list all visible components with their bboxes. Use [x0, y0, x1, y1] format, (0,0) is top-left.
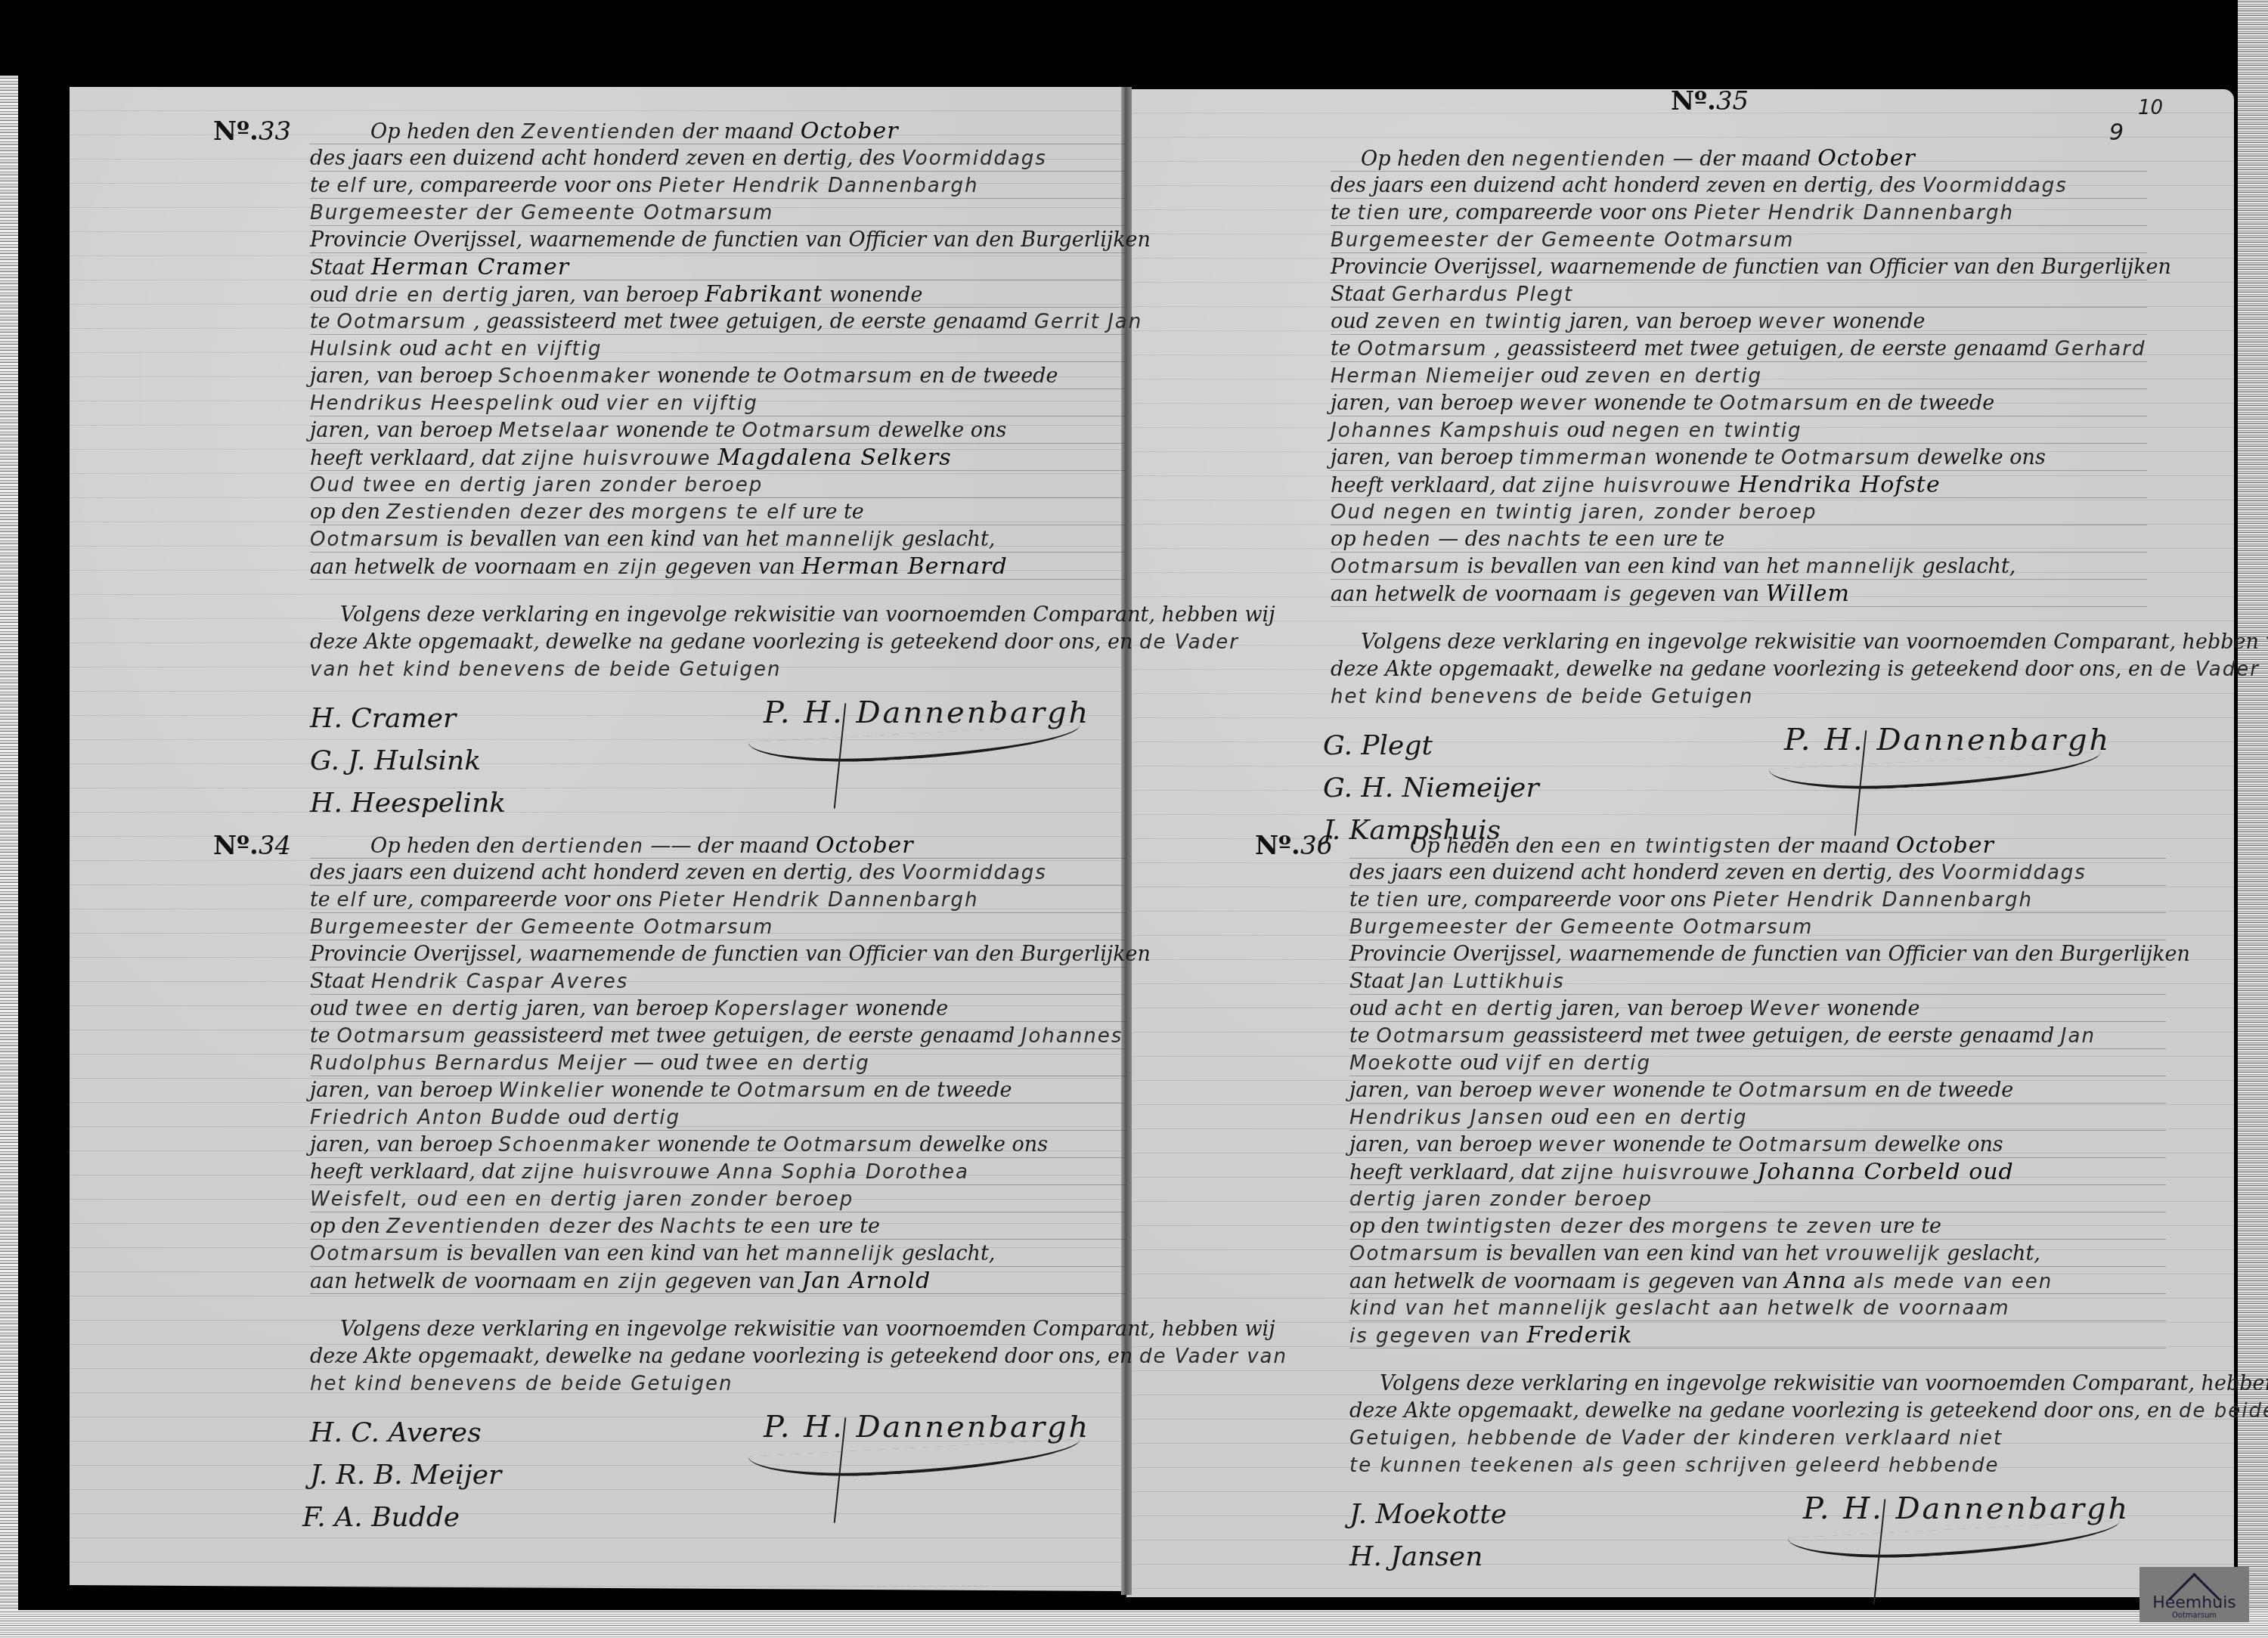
handwritten-entry: twintigsten dezer [1426, 1215, 1622, 1238]
printed-form-text [1751, 1161, 1758, 1184]
printed-form-text: te [1331, 201, 1357, 224]
closing-statement: deze Akte opgemaakt, dewelke na gedane v… [310, 630, 1239, 655]
handwritten-entry: tien [1357, 202, 1401, 224]
register-line: Op heden den negentienden — der maand Oc… [1361, 147, 1916, 172]
handwritten-entry: Schoenmaker [499, 365, 651, 388]
register-line: jaren, van beroep Schoenmaker wonende te… [310, 1133, 1048, 1157]
witness-signature: J. Moekotte [1349, 1499, 1507, 1530]
handwritten-name: Anna [1785, 1268, 1847, 1294]
handwritten-entry: Ootmarsum [310, 528, 440, 551]
printed-form-text: jaren, van beroep [310, 1079, 499, 1102]
register-line: te tien ure, compareerde voor ons Pieter… [1349, 888, 2033, 912]
handwritten-entry: Hendrik Caspar Averes [371, 971, 628, 993]
register-line: Oud negen en twintig jaren, zonder beroe… [1331, 500, 1817, 525]
register-line: op heden — des nachts te een ure te [1331, 528, 1724, 552]
witness-signature: F. A. Budde [302, 1502, 460, 1533]
register-line: Op heden den dertienden —— der maand Oct… [370, 834, 914, 859]
register-line: Provincie Overijssel, waarnemende de fun… [310, 943, 1151, 967]
printed-form-text: wonende te [604, 1079, 737, 1102]
handwritten-entry: zijne huisvrouwe [522, 1161, 711, 1184]
printed-form-text: te [737, 1215, 770, 1238]
handwritten-entry: een [1615, 528, 1656, 551]
handwritten-entry: Moekotte [1349, 1052, 1454, 1075]
handwritten-entry: dertienden [522, 835, 644, 858]
printed-form-text: oud [1534, 364, 1585, 388]
ruled-line [310, 1184, 1126, 1185]
printed-form-text: oud [393, 337, 445, 361]
ruled-line [1331, 361, 2147, 362]
printed-form-text: te [310, 1024, 336, 1048]
register-line: heeft verklaard, dat zijne huisvrouwe An… [310, 1160, 969, 1184]
handwritten-entry: zeven en twintig [1376, 311, 1563, 333]
handwritten-entry: de Vader van [2160, 658, 2268, 681]
register-line: des jaars een duizend acht honderd zeven… [310, 147, 1047, 171]
register-line: jaren, van beroep wever wonende te Ootma… [1349, 1079, 2013, 1103]
handwritten-entry: Ootmarsum [310, 1243, 440, 1265]
ruled-line [1349, 1321, 2166, 1321]
printed-form-text: ure te [1873, 1215, 1941, 1238]
handwritten-entry: Jan Luttikhuis [1411, 971, 1565, 993]
printed-form-text: — oud [627, 1051, 705, 1075]
register-line: Burgemeester der Gemeente Ootmarsum [1349, 915, 1813, 940]
printed-form-text: Op heden den [370, 834, 522, 858]
printed-form-text: Volgens deze verklaring en ingevolge rek… [1380, 1372, 2268, 1395]
register-line: Burgemeester der Gemeente Ootmarsum [1331, 228, 1794, 252]
handwritten-entry: Voormiddags [1923, 175, 2068, 197]
heemhuis-watermark: Heemhuis Ootmarsum [2139, 1567, 2249, 1622]
ruled-line [1349, 940, 2166, 940]
ruled-line [1349, 1184, 2166, 1185]
register-line: jaren, van beroep Schoenmaker wonende te… [310, 364, 1058, 389]
official-signature: P. H. Dannenbargh [764, 695, 1090, 730]
closing-statement: het kind benevens de beide Getuigen [310, 1372, 733, 1396]
watermark-brand: Heemhuis [2152, 1595, 2236, 1612]
register-line: oud acht en dertig jaren, van beroep Wev… [1349, 997, 1919, 1021]
ruled-line [310, 252, 1126, 253]
printed-form-text: ure, compareerde voor ons [1420, 888, 1712, 912]
printed-form-text: oud [310, 283, 355, 307]
handwritten-entry: morgens te elf [631, 501, 796, 524]
register-line: op den Zeventienden dezer des Nachts te … [310, 1215, 880, 1239]
handwritten-entry: is gegeven van [1349, 1325, 1520, 1348]
handwritten-entry: wever [1758, 311, 1825, 333]
handwritten-entry: Oud negen en twintig jaren, zonder beroe… [1331, 501, 1817, 524]
handwritten-entry: Ootmarsum [336, 311, 466, 333]
handwritten-entry: vijf en dertig [1505, 1052, 1651, 1075]
printed-form-text: aan hetwelk de voornaam [1331, 583, 1603, 606]
register-line: te Ootmarsum , geassisteerd met twee get… [310, 310, 1142, 334]
closing-statement: Volgens deze verklaring en ingevolge rek… [340, 1318, 1275, 1342]
printed-form-text: der maand [676, 120, 800, 144]
printed-form-text: geassisteerd met twee getuigen, de eerst… [466, 1024, 1021, 1048]
register-line: aan hetwelk de voornaam en zijn gegeven … [310, 555, 1008, 580]
printed-form-text: dewelke ons [1911, 446, 2046, 469]
register-line: Staat Gerhardus Plegt [1331, 283, 1573, 307]
printed-form-text: deze Akte opgemaakt, dewelke na gedane v… [1349, 1399, 2179, 1423]
printed-form-text: Op heden den [1410, 834, 1561, 858]
handwritten-entry: wever [1520, 392, 1587, 415]
handwritten-entry: is [1622, 1271, 1641, 1293]
register-line: Staat Hendrik Caspar Averes [310, 970, 628, 994]
register-line: Staat Jan Luttikhuis [1349, 970, 1565, 994]
ruled-line [1349, 1212, 2166, 1212]
handwritten-entry: Ootmarsum [1349, 1243, 1479, 1265]
entry-number: Nº.33 [213, 116, 291, 147]
scan-edge-left [0, 76, 18, 1638]
handwritten-entry: Voormiddags [902, 147, 1047, 170]
ruled-line [1349, 1130, 2166, 1131]
handwritten-entry: acht en vijftig [445, 338, 603, 361]
printed-form-text: geslacht, [1940, 1242, 2040, 1265]
handwritten-entry: Pieter Hendrik Dannenbargh [658, 889, 978, 912]
ruled-line [310, 967, 1126, 968]
ruled-line [1331, 579, 2147, 580]
handwritten-entry: Ootmarsum [1739, 1079, 1869, 1102]
printed-form-text: te [1582, 528, 1615, 551]
register-line: Ootmarsum is bevallen van een kind van h… [1349, 1242, 2040, 1266]
ruled-line [1349, 967, 2166, 968]
ruled-line [1331, 252, 2147, 253]
register-line: Burgemeester der Gemeente Ootmarsum [310, 201, 773, 225]
handwritten-entry: Hendrikus Jansen [1349, 1107, 1545, 1129]
ruled-line [310, 552, 1126, 553]
handwritten-entry: Wever [1749, 998, 1820, 1020]
handwritten-entry: Koperslager [714, 998, 848, 1020]
handwritten-entry: van het kind benevens de beide Getuigen [310, 658, 781, 681]
handwritten-entry: en zijn [583, 1271, 658, 1293]
printed-form-text: ure, compareerde voor ons [366, 174, 658, 197]
printed-form-text: deze Akte opgemaakt, dewelke na gedane v… [310, 1345, 1139, 1368]
printed-form-text: Provincie Overijssel, waarnemende de fun… [1331, 255, 2171, 279]
printed-form-text: aan hetwelk de voornaam [310, 1270, 583, 1293]
handwritten-entry: Ootmarsum [1720, 392, 1850, 415]
folio-number: 10 [2138, 97, 2163, 119]
ruled-line [310, 940, 1126, 940]
handwritten-entry: nachts [1507, 528, 1582, 551]
handwritten-name: Herman Bernard [801, 553, 1007, 580]
printed-form-text: jaren, van beroep [519, 997, 714, 1020]
printed-form-text: des jaars een duizend acht honderd zeven… [310, 861, 902, 884]
printed-form-text: des [612, 1215, 660, 1238]
handwritten-entry: Johannes Kampshuis [1331, 420, 1560, 442]
handwritten-entry: Ootmarsum [336, 1025, 466, 1048]
register-line: jaren, van beroep Metselaar wonende te O… [310, 419, 1006, 443]
printed-form-text: op den [310, 1215, 386, 1238]
printed-form-text: aan hetwelk de voornaam [310, 556, 583, 579]
handwritten-entry: Hulsink [310, 338, 393, 361]
printed-form-text: te [1349, 888, 1376, 912]
witness-signature: H. Jansen [1349, 1541, 1483, 1572]
ruled-line [310, 1212, 1126, 1212]
printed-form-text: is bevallen van een kind van het [1461, 555, 1806, 578]
handwritten-entry: Gerhard [2055, 338, 2146, 361]
handwritten-entry: de Vader van [1139, 1345, 1287, 1368]
handwritten-entry: Voormiddags [902, 862, 1047, 884]
handwritten-entry: een [770, 1215, 811, 1238]
ruled-line [1331, 307, 2147, 308]
handwritten-name: Fabrikant [705, 281, 823, 308]
printed-form-text: wonende te [650, 1133, 783, 1157]
printed-form-text: , geassisteerd met twee getuigen, de eer… [1487, 337, 2055, 361]
ruled-line [310, 416, 1126, 416]
printed-form-text: oud [1454, 1051, 1505, 1075]
ruled-line [1331, 470, 2147, 471]
handwritten-entry: te kunnen teekenen als geen schrijven ge… [1349, 1454, 2000, 1477]
printed-form-text: en de tweede [1850, 392, 1995, 415]
printed-form-text: jaren, van beroep [310, 364, 499, 388]
printed-form-text: Staat [1331, 283, 1392, 306]
ruled-line [310, 1266, 1126, 1267]
ruled-line [310, 225, 1126, 226]
handwritten-entry: Pieter Hendrik Dannenbargh [1713, 889, 2033, 912]
printed-form-text: jaren, van beroep [1331, 392, 1520, 415]
handwritten-entry: Nachts [660, 1215, 737, 1238]
printed-form-text: ure, compareerde voor ons [1401, 201, 1693, 224]
register-line: Ootmarsum is bevallen van een kind van h… [1331, 555, 2015, 579]
handwritten-entry: Johannes [1021, 1025, 1123, 1048]
handwritten-entry: Burgemeester der Gemeente Ootmarsum [310, 916, 773, 939]
ruled-line [1349, 1103, 2166, 1104]
handwritten-entry: Ootmarsum [783, 1134, 913, 1157]
printed-form-text: — der maand [1666, 147, 1817, 171]
handwritten-entry: elf [336, 175, 365, 197]
handwritten-entry: heden [1362, 528, 1431, 551]
handwritten-entry: kind van het mannelijk geslacht aan hetw… [1349, 1297, 2010, 1320]
handwritten-entry: wever [1538, 1079, 1606, 1102]
register-line: oud zeven en twintig jaren, van beroep w… [1331, 310, 1926, 334]
handwritten-entry: Zestienden dezer [386, 501, 582, 524]
handwritten-entry: een en twintigsten [1561, 835, 1772, 858]
ruled-line [310, 858, 1126, 859]
printed-form-text: heeft verklaard, dat [310, 1160, 522, 1184]
ruled-line [310, 171, 1126, 172]
printed-form-text: wonende [823, 283, 922, 307]
handwritten-entry: Voormiddags [1941, 862, 2087, 884]
printed-form-text: Staat [310, 970, 371, 993]
handwritten-entry: mannelijk [785, 1243, 895, 1265]
register-line: des jaars een duizend acht honderd zeven… [1331, 174, 2068, 198]
closing-statement: te kunnen teekenen als geen schrijven ge… [1349, 1454, 2000, 1478]
handwritten-entry: Schoenmaker [499, 1134, 651, 1157]
register-line: Op heden den Zeventienden der maand Octo… [370, 119, 899, 144]
ruled-line [1331, 334, 2147, 335]
handwritten-entry: Ootmarsum [1357, 338, 1487, 361]
handwritten-entry: Metselaar [499, 420, 609, 442]
printed-form-text: op [1331, 528, 1362, 551]
handwritten-entry: Ootmarsum [1781, 447, 1911, 469]
printed-form-text [711, 1160, 718, 1184]
printed-form-text: des jaars een duizend acht honderd zeven… [1331, 174, 1923, 197]
ruled-line [310, 497, 1126, 498]
ruled-line [310, 307, 1126, 308]
handwritten-entry: Oud twee en dertig jaren zonder beroep [310, 474, 763, 497]
register-line: is gegeven van Frederik [1349, 1324, 1633, 1348]
printed-form-text: oud [1349, 997, 1395, 1020]
register-line: oud drie en dertig jaren, van beroep Fab… [310, 283, 922, 308]
printed-form-text: wonende te [1606, 1079, 1739, 1102]
handwritten-entry: elf [336, 889, 365, 912]
handwritten-entry: de Vader [1139, 631, 1239, 654]
register-line: Provincie Overijssel, waarnemende de fun… [310, 228, 1151, 252]
ruled-line [310, 912, 1126, 913]
register-line: Johannes Kampshuis oud negen en twintig [1331, 419, 1802, 443]
handwritten-name: Willem [1766, 581, 1850, 607]
handwritten-entry: Anna Sophia Dorothea [717, 1161, 969, 1184]
printed-form-text: en de tweede [913, 364, 1058, 388]
ruled-line [310, 280, 1126, 280]
printed-form-text: des [1623, 1215, 1672, 1238]
printed-form-text: geslacht, [895, 1242, 995, 1265]
handwritten-name: Jan Arnold [801, 1268, 931, 1294]
printed-form-text: is bevallen van een kind van het [440, 1242, 785, 1265]
printed-form-text: jaren, van beroep [310, 419, 499, 442]
printed-form-text: ure te [812, 1215, 880, 1238]
scan-edge-bottom [0, 1610, 2268, 1638]
handwritten-entry: twee en dertig [705, 1052, 870, 1075]
printed-form-text: te [310, 888, 336, 912]
handwritten-entry: Jan [2061, 1025, 2096, 1048]
handwritten-entry: Ootmarsum [1376, 1025, 1506, 1048]
register-line: Hendrikus Jansen oud een en dertig [1349, 1106, 1748, 1130]
printed-form-text: oud [1331, 310, 1376, 333]
handwritten-entry: Friedrich Anton Budde [310, 1107, 562, 1129]
printed-form-text: Volgens deze verklaring en ingevolge rek… [340, 1318, 1275, 1341]
closing-statement: Getuigen, hebbende de Vader der kinderen… [1349, 1426, 2003, 1451]
printed-form-text: des [583, 500, 631, 524]
ruled-line [1331, 606, 2147, 607]
printed-form-text: geslacht, [1916, 555, 2015, 578]
printed-form-text: , geassisteerd met twee getuigen, de eer… [466, 310, 1034, 333]
register-line: jaren, van beroep timmerman wonende te O… [1331, 446, 2046, 470]
handwritten-entry: timmerman [1520, 447, 1649, 469]
printed-form-text: oud [310, 997, 355, 1020]
official-signature: P. H. Dannenbargh [764, 1410, 1090, 1444]
printed-form-text: wonende [1820, 997, 1919, 1020]
register-line: kind van het mannelijk geslacht aan hetw… [1349, 1296, 2010, 1321]
register-line: aan hetwelk de voornaam en zijn gegeven … [310, 1269, 931, 1294]
register-line: aan hetwelk de voornaam is gegeven van A… [1349, 1269, 2053, 1294]
register-line: Provincie Overijssel, waarnemende de fun… [1349, 943, 2190, 967]
register-line: te tien ure, compareerde voor ons Pieter… [1331, 201, 2014, 225]
handwritten-name: Hendrika Hofste [1738, 472, 1941, 498]
printed-form-text: — des [1432, 528, 1507, 551]
printed-form-text: heeft verklaard, dat [1331, 474, 1542, 497]
handwritten-name: Magdalena Selkers [717, 444, 952, 471]
handwritten-entry: vier en vijftig [606, 392, 758, 415]
register-line: dertig jaren zonder beroep [1349, 1187, 1653, 1212]
handwritten-entry: Pieter Hendrik Dannenbargh [658, 175, 978, 197]
ruled-line [310, 361, 1126, 362]
ruled-line [1349, 912, 2166, 913]
ruled-line [310, 1103, 1126, 1104]
closing-statement: deze Akte opgemaakt, dewelke na gedane v… [1349, 1399, 2268, 1423]
ruled-line [1331, 225, 2147, 226]
ruled-line [310, 470, 1126, 471]
handwritten-entry: Ootmarsum [1739, 1134, 1869, 1157]
handwritten-entry: de beide [2179, 1400, 2268, 1423]
printed-form-text: dewelke ons [872, 419, 1006, 442]
printed-form-text: Provincie Overijssel, waarnemende de fun… [1349, 943, 2190, 966]
register-line: Friedrich Anton Budde oud dertig [310, 1106, 680, 1130]
register-line: Staat Herman Cramer [310, 255, 569, 280]
printed-form-text: Staat [1349, 970, 1411, 993]
printed-form-text: oud [554, 392, 606, 415]
register-line: Weisfelt, oud een en dertig jaren zonder… [310, 1187, 854, 1212]
entry-number: Nº.34 [213, 831, 291, 861]
handwritten-entry: Burgemeester der Gemeente Ootmarsum [1331, 229, 1794, 252]
register-line: te Ootmarsum , geassisteerd met twee get… [1331, 337, 2146, 361]
printed-form-text: gegeven van [1641, 1270, 1785, 1293]
printed-form-text: jaren, van beroep [1349, 1079, 1538, 1102]
printed-form-text: Op heden den [1361, 147, 1512, 171]
printed-form-text: en de tweede [1869, 1079, 2014, 1102]
ruled-line [1349, 885, 2166, 886]
handwritten-entry: morgens te zeven [1672, 1215, 1873, 1238]
ruled-line [310, 579, 1126, 580]
register-line: jaren, van beroep wever wonende te Ootma… [1349, 1133, 2003, 1157]
handwritten-entry: drie en dertig [355, 284, 510, 307]
handwritten-entry: wever [1538, 1134, 1606, 1157]
printed-form-text: wonende te [609, 419, 742, 442]
handwritten-entry: Gerhardus Plegt [1392, 283, 1573, 306]
printed-form-text: heeft verklaard, dat [310, 447, 522, 470]
handwritten-name: October [801, 118, 899, 144]
register-line: Provincie Overijssel, waarnemende de fun… [1331, 255, 2171, 280]
handwritten-name: October [816, 832, 914, 859]
closing-statement: het kind benevens de beide Getuigen [1331, 685, 1753, 709]
handwritten-entry: Rudolphus Bernardus Meijer [310, 1052, 627, 1075]
register-line: Op heden den een en twintigsten der maan… [1410, 834, 1994, 859]
official-signature: P. H. Dannenbargh [1803, 1491, 2130, 1526]
register-line: Oud twee en dertig jaren zonder beroep [310, 473, 763, 497]
printed-form-text: aan hetwelk de voornaam [1349, 1270, 1622, 1293]
register-line: aan hetwelk de voornaam is gegeven van W… [1331, 582, 1850, 607]
printed-form-text [1847, 1270, 1854, 1293]
witness-signature: H. Cramer [310, 703, 456, 734]
ruled-line [1349, 994, 2166, 995]
register-line: op den Zestienden dezer des morgens te e… [310, 500, 864, 525]
printed-form-text: jaren, van beroep [1554, 997, 1749, 1020]
printed-form-text: dewelke ons [1869, 1133, 2003, 1157]
handwritten-entry: zijne huisvrouwe [1561, 1162, 1750, 1184]
closing-statement: Volgens deze verklaring en ingevolge rek… [340, 603, 1275, 627]
witness-signature: G. H. Niemeijer [1323, 773, 1539, 804]
handwritten-entry: Zeventienden [522, 121, 677, 144]
handwritten-entry: zijne huisvrouwe [522, 447, 711, 470]
register-line: jaren, van beroep Winkelier wonende te O… [310, 1079, 1012, 1103]
ruled-line [310, 1239, 1126, 1240]
ruled-line [1331, 171, 2147, 172]
handwritten-entry: dertig jaren zonder beroep [1349, 1188, 1653, 1211]
printed-form-text: wonende te [1648, 446, 1781, 469]
register-line: te elf ure, compareerde voor ons Pieter … [310, 174, 978, 198]
ruled-line [310, 334, 1126, 335]
printed-form-text: jaren, van beroep [1349, 1133, 1538, 1157]
printed-form-text: heeft verklaard, dat [1349, 1161, 1561, 1184]
handwritten-entry: zijne huisvrouwe [1542, 475, 1731, 497]
register-line: Hulsink oud acht en vijftig [310, 337, 602, 361]
register-line: des jaars een duizend acht honderd zeven… [310, 861, 1047, 885]
printed-form-text: jaren, van beroep [310, 1133, 499, 1157]
handwritten-entry: vrouwelijk [1825, 1243, 1940, 1265]
printed-form-text [1520, 1324, 1527, 1348]
handwritten-entry: is [1603, 584, 1622, 606]
entry-number: Nº.35 [1671, 86, 1749, 116]
register-line: Hendrikus Heespelink oud vier en vijftig [310, 392, 758, 416]
printed-form-text: Provincie Overijssel, waarnemende de fun… [310, 943, 1151, 966]
handwritten-entry: mannelijk [785, 528, 895, 551]
printed-form-text: gegeven van [658, 1270, 802, 1293]
